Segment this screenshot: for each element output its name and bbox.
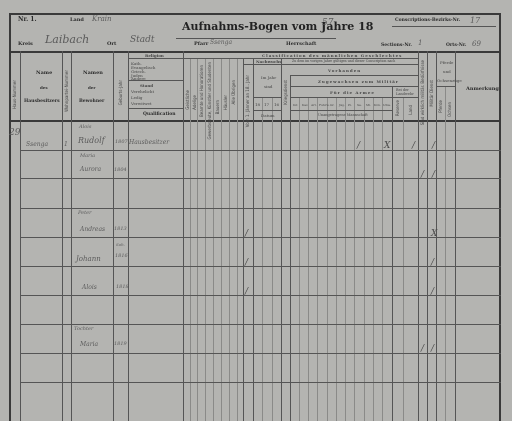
tally-mark: /: [412, 141, 415, 151]
row-sep: [436, 86, 455, 87]
col-sep: [290, 75, 291, 421]
besitzer-header-1: Name: [36, 70, 52, 76]
row-sep: [290, 97, 418, 98]
tally-mark: /: [245, 229, 248, 239]
row-sep: [281, 64, 418, 65]
vorhanden-label: Vorhanden: [328, 68, 361, 73]
col-sep: [327, 97, 328, 421]
col-sep: [262, 97, 263, 421]
extra-col-header: Militär Dienst: [429, 80, 434, 107]
vieh-col: Pferde: [438, 100, 443, 113]
armee-col: Art.: [311, 103, 317, 107]
col-sep: [299, 97, 300, 421]
row-sep: [20, 178, 501, 179]
geburt-cell: 1813: [114, 226, 127, 232]
armee-col: Jäg.: [339, 103, 345, 107]
qualification-header: Qualification: [143, 112, 176, 117]
row-sep: [243, 64, 281, 65]
armee-col: Sa.: [357, 103, 362, 107]
conscription-value: 17: [470, 16, 480, 25]
pfarr-label: Pfarr: [194, 41, 208, 47]
bewohner-header-1: Namen: [83, 70, 103, 76]
pfarr-value: Ssenga: [210, 39, 232, 46]
col-sep: [272, 97, 273, 421]
kreis-label: Kreis: [18, 41, 33, 47]
row-sep: [20, 353, 501, 354]
extra-col-header: Sind wirklich militär. Bedürfnisse: [420, 60, 425, 125]
class-col-header: Adelige: [192, 95, 197, 110]
col-sep: [317, 97, 318, 421]
geburt-cell: 1816: [115, 253, 128, 259]
class-col-header: Vom 1. Jänner an 18.. Jahr: [245, 75, 250, 127]
armee-col: Kav.: [302, 103, 308, 107]
class-col-header: Beamte und Honoratioren: [199, 65, 204, 117]
col-sep: [403, 97, 404, 421]
col-sep: [445, 86, 446, 421]
jahr-col: 16: [274, 102, 279, 107]
unangetragene-label: Unangetragene Mannschaft: [318, 113, 368, 117]
datum-label: Datum: [261, 113, 275, 118]
tally-mark: /: [431, 258, 434, 268]
row-sep: [253, 97, 281, 98]
jahr-label: sind: [264, 84, 272, 89]
nachwuchs-header: Nachwuchs: [256, 59, 282, 64]
tally-mark: X: [384, 141, 390, 151]
col-sep: [213, 58, 214, 421]
col-sep: [128, 51, 129, 421]
row-sep: [20, 324, 501, 325]
haus-nummer-header: Haus-Nummer: [12, 80, 17, 109]
col-sep: [364, 97, 365, 421]
vieh-label: Ochsenzüge: [437, 78, 462, 83]
vieh-label: und: [443, 69, 451, 74]
jahr-col: 17: [264, 102, 269, 107]
armee-col: Inf.: [293, 103, 298, 107]
col-sep: [205, 58, 206, 421]
geburtsjahr-header: Geburts-Jahr: [118, 80, 123, 105]
col-sep: [229, 58, 230, 421]
partei-cell: 1: [64, 141, 68, 148]
kriegsdienst-header: Kriegsdienst: [283, 80, 288, 105]
namen-top-cell: Soh.: [116, 242, 125, 247]
col-sep: [373, 97, 374, 421]
tally-mark: /: [432, 141, 435, 151]
ort-label: Ort: [107, 41, 116, 47]
tally-mark: /: [245, 258, 248, 268]
tally-mark: /: [432, 170, 435, 180]
row-sep: [290, 110, 392, 111]
col-sep: [382, 97, 383, 421]
besitzer-header-3: Hausbesitzers: [24, 99, 60, 104]
name-cell: Rudolf: [78, 136, 105, 145]
col-sep: [237, 58, 238, 421]
jahr-col: 18: [255, 102, 260, 107]
orts-label: Orts-Nr.: [446, 43, 466, 48]
armee-col: Uhle.: [383, 103, 391, 107]
title-underline: [176, 38, 336, 39]
row-sep: [128, 108, 183, 109]
conscription-underline: [392, 26, 496, 27]
geburt-cell: 1819: [114, 341, 127, 347]
form-title: Aufnahms-Bogen vom Jahre 18: [182, 20, 373, 33]
class-col-header: Häusler: [223, 95, 228, 110]
col-sep: [253, 58, 254, 421]
col-sep: [354, 97, 355, 421]
orts-value: 69: [472, 40, 481, 48]
geburt-cell: 1807: [115, 139, 128, 145]
religion-title: Religion: [145, 53, 164, 58]
form-number: Nr. 1.: [18, 16, 37, 23]
tally-mark: /: [357, 141, 360, 151]
geburt-cell: 1818: [116, 284, 129, 290]
sections-value: 1: [418, 39, 422, 47]
besitzer-header-2: des: [40, 85, 48, 90]
stand-title: Stand: [140, 83, 153, 88]
col-sep: [392, 86, 393, 421]
col-sep: [183, 51, 184, 421]
name-cell: Maria: [80, 341, 98, 348]
row-sep: [20, 150, 501, 151]
haus-nr-cell: 29: [9, 128, 20, 138]
col-sep: [71, 51, 72, 421]
jahr-label: Im Jahr: [261, 75, 276, 80]
zugewachsen-label: Zugewachsen zum Militär: [318, 79, 399, 84]
armee-label: Für die Armee: [330, 90, 375, 95]
armee-col: Mi.: [366, 103, 371, 107]
tally-mark: /: [431, 287, 434, 297]
armee-col: Fuhrw.: [319, 103, 330, 107]
tally-mark: /: [431, 344, 434, 354]
kreis-value: Laibach: [45, 33, 89, 46]
col-sep: [281, 58, 282, 421]
tally-mark: /: [421, 344, 424, 354]
col-sep: [62, 51, 63, 421]
year-value: 57: [322, 18, 333, 28]
class-col-header: Geistliche: [185, 90, 190, 110]
row-sep: [20, 266, 501, 267]
col-sep: [418, 51, 419, 421]
religion-row: Andere: [131, 76, 146, 81]
namen-top-cell: Alois: [79, 124, 91, 130]
stand-row: Verehelicht: [131, 89, 154, 94]
namen-top-cell: Maria: [80, 153, 95, 159]
namen-top-cell: Tochter: [74, 326, 93, 332]
col-sep: [221, 58, 222, 421]
wohnpartei-header: Wohnpartei-Nummer: [64, 70, 69, 112]
armee-col: Pi.: [348, 103, 352, 107]
class-col-header: Gewerbsleute, Künstler und Studenten: [207, 62, 212, 140]
row-sep: [20, 237, 501, 238]
row-sep: [20, 208, 501, 209]
armee-col: Gr.: [330, 103, 334, 107]
armee-col: Kön.: [374, 103, 381, 107]
anmerkung-header: Anmerkung: [466, 86, 499, 92]
col-sep: [308, 97, 309, 421]
landwehr-col: Land: [408, 105, 413, 115]
stand-row: Verwitwet: [131, 101, 152, 106]
col-sep: [197, 58, 198, 421]
land-value: Krain: [92, 15, 112, 23]
geburt-cell: 1804: [114, 167, 127, 173]
bewohner-header-3: Bewohner: [79, 99, 104, 104]
tally-mark: X: [431, 229, 437, 239]
land-label: Land: [70, 17, 84, 23]
row-sep: [253, 110, 281, 111]
tally-mark: /: [421, 170, 424, 180]
landwehr-col: Reserve: [395, 100, 400, 116]
name-cell: Andreas: [80, 226, 105, 233]
col-sep: [20, 51, 21, 421]
col-sep: [113, 51, 114, 421]
row-sep: [290, 86, 418, 87]
col-sep: [190, 58, 191, 421]
conscription-label: Conscriptions-Bezirks-Nr.: [395, 18, 460, 23]
row-sep: [20, 295, 501, 296]
bewohner-header-2: der: [88, 85, 95, 90]
qualif-cell: Hausbesitzer: [129, 139, 169, 146]
row-sep: [20, 382, 501, 383]
col-sep: [345, 97, 346, 421]
vieh-col: Ochsen: [447, 102, 452, 117]
besitzer-cell: Ssenga: [26, 141, 48, 148]
stand-row: Ledig: [131, 95, 142, 100]
name-cell: Johann: [76, 255, 101, 263]
col-sep: [427, 51, 428, 421]
census-sheet: Nr. 1. Land Krain Aufnahms-Bogen vom Jah…: [0, 0, 512, 421]
name-cell: Aurora: [80, 166, 101, 173]
vieh-label: Pferde: [440, 60, 453, 65]
tally-mark: /: [245, 287, 248, 297]
herrschaft-label: Herrschaft: [286, 41, 316, 47]
reserve-label: Zu dem im vorigen Jahre gültigen und die…: [292, 59, 395, 63]
name-cell: Alois: [82, 284, 97, 291]
col-sep: [455, 51, 456, 421]
class-col-header: Bauern: [215, 100, 220, 114]
landwehr-label: Landwehr: [396, 92, 414, 96]
sections-label: Sections-Nr.: [381, 43, 412, 48]
ort-value: Stadt: [130, 35, 155, 45]
row-sep: [290, 75, 418, 76]
classification-title: Classification des männlichen Geschlecht…: [262, 53, 402, 58]
class-col-header: Alle Übrigen: [231, 80, 236, 104]
col-sep: [336, 97, 337, 421]
col-sep: [243, 58, 244, 421]
namen-top-cell: Peter: [78, 210, 91, 216]
